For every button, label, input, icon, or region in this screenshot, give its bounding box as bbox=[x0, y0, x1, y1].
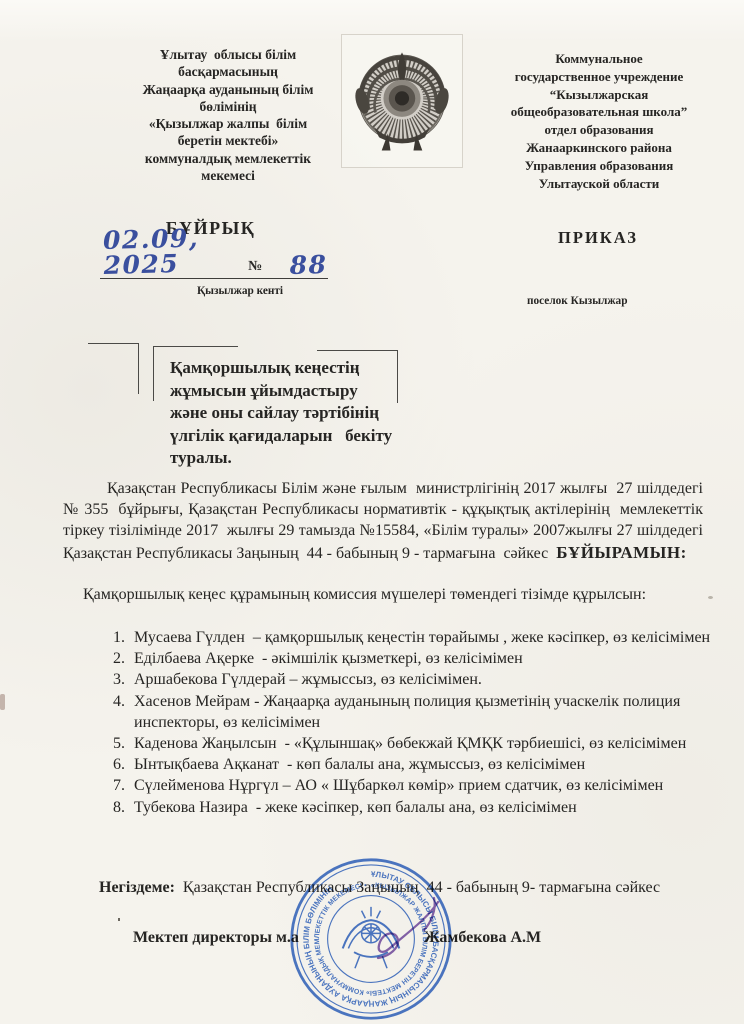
list-item: Аршабекова Гүлдерай – жұмыссыз, өз келіс… bbox=[129, 669, 744, 690]
list-item: Хасенов Мейрам - Жаңаарқа ауданының поли… bbox=[129, 691, 744, 733]
handwritten-date: 02.09, 2025 bbox=[103, 225, 238, 278]
order-verb: БҰЙЫРАМЫН: bbox=[556, 543, 687, 562]
date-number-line: 02.09, 2025 № 88 bbox=[100, 242, 328, 279]
preamble-paragraph: Қазақстан Республикасы Білім және ғылым … bbox=[63, 478, 703, 564]
council-members-list: Мусаева Гүлден – қамқоршылық кеңестін тө… bbox=[63, 627, 744, 818]
emblem-box bbox=[341, 34, 463, 168]
handwritten-signature bbox=[336, 878, 476, 968]
org-name-russian: Коммунальное государственное учреждение … bbox=[466, 50, 732, 192]
scan-bracket-left bbox=[88, 343, 139, 394]
list-item: Еділбаева Ақерке - әкімшілік қызметкері,… bbox=[129, 648, 744, 669]
list-item: Сүлейменова Нұргүл – АО « Шұбаркөл көмір… bbox=[129, 775, 744, 796]
org-name-kazakh: Ұлытау облысы білім басқармасының Жаңаар… bbox=[106, 46, 350, 184]
place-kazakh: Қызылжар кенті bbox=[150, 285, 330, 297]
number-sign: № bbox=[248, 259, 262, 275]
scan-smudge bbox=[118, 918, 120, 921]
handwritten-number: 88 bbox=[290, 252, 328, 278]
order-label-russian: ПРИКАЗ bbox=[538, 228, 658, 248]
list-item: Ынтықбаева Ақканат - көп балалы ана, жұм… bbox=[129, 754, 744, 775]
list-item: Тубекова Назира - жеке кәсіпкер, көп бал… bbox=[129, 797, 744, 818]
kazakhstan-emblem-icon bbox=[349, 41, 455, 161]
place-russian: поселок Кызылжар bbox=[527, 295, 677, 307]
order-title: Қамқоршылық кеңестің жұмысын ұйымдастыру… bbox=[170, 357, 416, 470]
scan-smudge bbox=[708, 596, 713, 599]
list-item: Каденова Жаңылсын - «Құлыншақ» бөбекжай … bbox=[129, 733, 744, 754]
resolution-paragraph: Қамқоршылық кеңес құрамының комиссия мүш… bbox=[63, 584, 671, 605]
basis-label: Негіздеме: bbox=[99, 879, 175, 896]
scan-smudge bbox=[0, 694, 5, 710]
list-item: Мусаева Гүлден – қамқоршылық кеңестін тө… bbox=[129, 627, 744, 648]
